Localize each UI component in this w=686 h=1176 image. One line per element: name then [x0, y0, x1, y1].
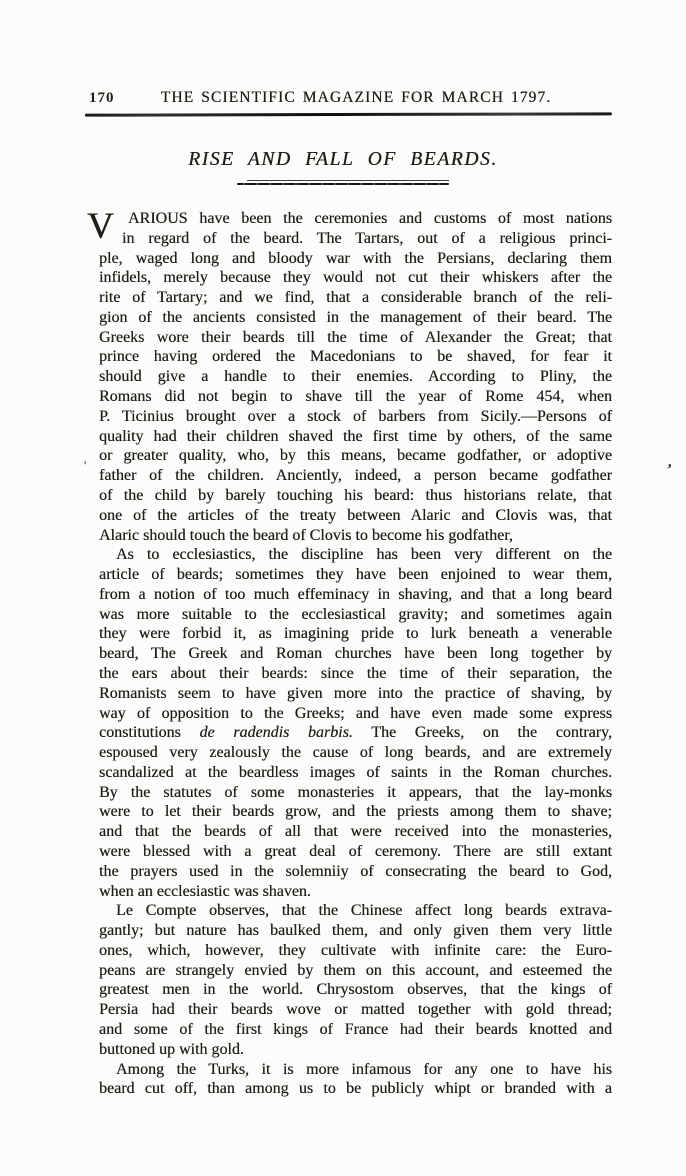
text-line: were to let their beards grow, and the p…: [99, 802, 612, 822]
text-line: Le Compte observes, that the Chinese aff…: [99, 901, 612, 921]
header-rule: [85, 112, 612, 116]
print-artifact: ’: [664, 462, 672, 480]
text-line: ones, which, however, they cultivate wit…: [99, 941, 612, 961]
text-line: Romans did not begin to shave till the y…: [99, 387, 612, 407]
text-line: gantly; but nature has baulked them, and…: [99, 921, 612, 941]
scanned-magazine-page: 170 THE SCIENTIFIC MAGAZINE FOR MARCH 17…: [0, 0, 686, 1176]
text-line: By the statutes of some monasteries it a…: [99, 783, 612, 803]
latin-phrase: de radendis barbis.: [199, 724, 352, 741]
text-line: and some of the first kings of France ha…: [99, 1020, 612, 1040]
text-line: should give a handle to their enemies. A…: [99, 367, 612, 387]
text-line: article of beards; sometimes they have b…: [99, 565, 612, 585]
text-line: greatest men in the world. Chrysostom ob…: [99, 980, 612, 1000]
text-line: buttoned up with gold.: [99, 1040, 612, 1060]
text-line: P. Ticinius brought over a stock of barb…: [99, 407, 612, 427]
text-line: of the child by barely touching his bear…: [99, 486, 612, 506]
text-line: or greater quality, who, by this means, …: [99, 446, 612, 466]
paragraph: Among the Turks, it is more infamous for…: [99, 1060, 612, 1100]
text-line: they were forbid it, as imagining pride …: [99, 624, 612, 644]
text-line: ple, waged long and bloody war with the …: [99, 249, 612, 269]
text-line: the ears about their beards: since the t…: [99, 664, 612, 684]
text-line: peans are strangely envied by them on th…: [99, 961, 612, 981]
text-line: As to ecclesiastics, the discipline has …: [99, 545, 612, 565]
text-line: gion of the ancients consisted in the ma…: [99, 308, 612, 328]
article-body: V ARIOUS have been the ceremonies and cu…: [99, 209, 612, 1099]
text-line: was more suitable to the ecclesiastical …: [99, 605, 612, 625]
text-line: Alaric should touch the beard of Clovis …: [99, 526, 612, 546]
text-line: in regard of the beard. The Tartars, out…: [99, 229, 612, 249]
text-line: espoused very zealously the cause of lon…: [99, 743, 612, 763]
text-line: beard, The Greek and Roman churches have…: [99, 644, 612, 664]
text-line: Romanists seem to have given more into t…: [99, 684, 612, 704]
text-line: father of the children. Anciently, indee…: [99, 466, 612, 486]
text-line: ARIOUS have been the ceremonies and cust…: [99, 209, 612, 229]
text-line: one of the articles of the treaty betwee…: [99, 506, 612, 526]
title-decorative-rule: [237, 180, 449, 186]
text-segment: constitutions: [99, 724, 199, 741]
text-line: infidels, merely because they would not …: [99, 268, 612, 288]
text-segment: The Greeks, on the contrary,: [353, 724, 612, 741]
text-line: Persia had their beards wove or matted t…: [99, 1000, 612, 1020]
text-line: scandalized at the beardless images of s…: [99, 763, 612, 783]
article-title: RISE AND FALL OF BEARDS.: [0, 149, 686, 171]
text-line: the prayers used in the solemniiy of con…: [99, 862, 612, 882]
text-line: way of opposition to the Greeks; and hav…: [99, 704, 612, 724]
text-line: Among the Turks, it is more infamous for…: [99, 1060, 612, 1080]
running-header: THE SCIENTIFIC MAGAZINE FOR MARCH 1797.: [0, 89, 686, 107]
text-line: constitutions de radendis barbis. The Gr…: [99, 723, 612, 743]
paragraph: As to ecclesiastics, the discipline has …: [99, 545, 612, 901]
text-line: rite of Tartary; and we find, that a con…: [99, 288, 612, 308]
text-line: were blessed with a great deal of ceremo…: [99, 842, 612, 862]
drop-cap: V: [87, 209, 114, 245]
text-line: when an ecclesiastic was shaven.: [99, 882, 612, 902]
text-line: beard cut off, than among us to be publi…: [99, 1079, 612, 1099]
text-line: Greeks wore their beards till the time o…: [99, 328, 612, 348]
print-artifact: ': [84, 458, 86, 474]
text-line: from a notion of too much effeminacy in …: [99, 585, 612, 605]
text-line: quality had their children shaved the fi…: [99, 427, 612, 447]
paragraph: Le Compte observes, that the Chinese aff…: [99, 901, 612, 1059]
text-line: and that the beards of all that were rec…: [99, 822, 612, 842]
paragraph: V ARIOUS have been the ceremonies and cu…: [99, 209, 612, 545]
text-line: prince having ordered the Macedonians to…: [99, 347, 612, 367]
